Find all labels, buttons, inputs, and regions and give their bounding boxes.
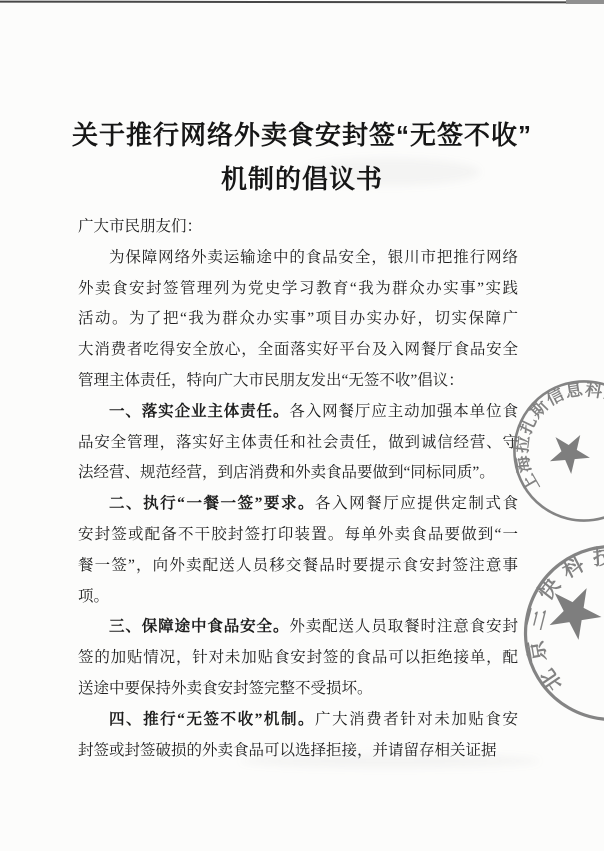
paragraph-line: 二、执行“一餐一签”要求。各入网餐厅应提供定制式食 [78,489,518,520]
paragraph-line: 项。 [78,582,518,613]
paragraph-line: 活动。为了把“我为群众办实事”项目办实办好，切实保障广 [78,304,518,335]
scan-artifact-mark [566,0,604,4]
title-line-1: 关于推行网络外卖食安封签“无签不收” [0,113,604,157]
item-heading: 一、落实企业主体责任。 [109,403,289,420]
paragraph-line: 一、落实企业主体责任。各入网餐厅应主动加强本单位食 [78,397,518,428]
document-body: 广大市民朋友们： 为保障网络外卖运输途中的食品安全，银川市把推行网络外卖食安封签… [78,212,518,766]
body-text-segment: 活动。为了把“我为群众办实事”项目办实办好，切实保障广 [78,310,518,327]
body-text-segment: 安封签或配备不干胶封签打印装置。每单外卖食品要做到“一 [78,526,518,543]
scan-artifact-line [0,1,592,4]
title-line-2: 机制的倡议书 [0,157,604,201]
paragraph-line: 四、推行“无签不收”机制。广大消费者针对未加贴食安 [78,705,518,736]
body-text-segment: 各入网餐厅应主动加强本单位食 [289,403,518,420]
body-text-segment: 项。 [78,588,109,605]
body-text-segment: 外卖食安封签管理列为党史学习教育“我为群众办实事”实践 [78,280,518,297]
item-heading: 四、推行“无签不收”机制。 [109,711,315,728]
body-text-segment: 法经营、规范经营，到店消费和外卖食品要做到“同标同质”。 [78,464,495,481]
body-text-segment: 品安全管理，落实好主体责任和社会责任，做到诚信经营、守 [78,434,518,451]
paragraph-line: 封签或封签破损的外卖食品可以选择拒接，并请留存相关证据 [78,736,518,767]
paragraph-line: 品安全管理，落实好主体责任和社会责任，做到诚信经营、守 [78,428,518,459]
paragraph-line: 三、保障途中食品安全。外卖配送人员取餐时注意食安封 [78,612,518,643]
paragraph-line: 餐一签”，向外卖配送人员移交餐品时要提示食安封签注意事 [78,551,518,582]
body-text-segment: 各入网餐厅应提供定制式食 [315,495,518,512]
paragraph-line: 法经营、规范经营，到店消费和外卖食品要做到“同标同质”。 [78,458,518,489]
salutation: 广大市民朋友们： [78,212,518,243]
item-heading: 三、保障途中食品安全。 [109,618,289,635]
body-text-segment: 为保障网络外卖运输途中的食品安全，银川市把推行网络 [109,249,518,266]
star-icon [542,428,593,480]
body-text-segment: 签的加贴情况，针对未加贴食安封签的食品可以拒绝接单，配 [78,649,518,666]
item-heading: 二、执行“一餐一签”要求。 [109,495,315,512]
paragraph-line: 签的加贴情况，针对未加贴食安封签的食品可以拒绝接单，配 [78,643,518,674]
document-page: 关于推行网络外卖食安封签“无签不收” 机制的倡议书 广大市民朋友们： 为保障网络… [0,0,604,851]
body-text-segment: 管理主体责任，特向广大市民朋友发出“无签不收”倡议： [78,372,464,389]
paragraph-line: 大消费者吃得安全放心，全面落实好平台及入网餐厅食品安全 [78,335,518,366]
body-text-segment: 大消费者吃得安全放心，全面落实好平台及入网餐厅食品安全 [78,341,518,358]
body-text-segment: 广大消费者针对未加贴食安 [315,711,518,728]
paragraph-line: 管理主体责任，特向广大市民朋友发出“无签不收”倡议： [78,366,518,397]
body-text-segment: 外卖配送人员取餐时注意食安封 [289,618,518,635]
paragraph-line: 外卖食安封签管理列为党史学习教育“我为群众办实事”实践 [78,274,518,305]
paragraph-line: 安封签或配备不干胶封签打印装置。每单外卖食品要做到“一 [78,520,518,551]
body-text-segment: 送途中要保持外卖食安封签完整不受损坏。 [78,680,373,697]
body-text-segment: 餐一签”，向外卖配送人员移交餐品时要提示食安封签注意事 [78,557,518,574]
document-title: 关于推行网络外卖食安封签“无签不收” 机制的倡议书 [0,113,604,201]
paragraphs-container: 为保障网络外卖运输途中的食品安全，银川市把推行网络外卖食安封签管理列为党史学习教… [78,243,518,767]
body-text-segment: 封签或封签破损的外卖食品可以选择拒接，并请留存相关证据 [78,742,497,759]
paragraph-line: 送途中要保持外卖食安封签完整不受损坏。 [78,674,518,705]
paragraph-line: 为保障网络外卖运输途中的食品安全，银川市把推行网络 [78,243,518,274]
